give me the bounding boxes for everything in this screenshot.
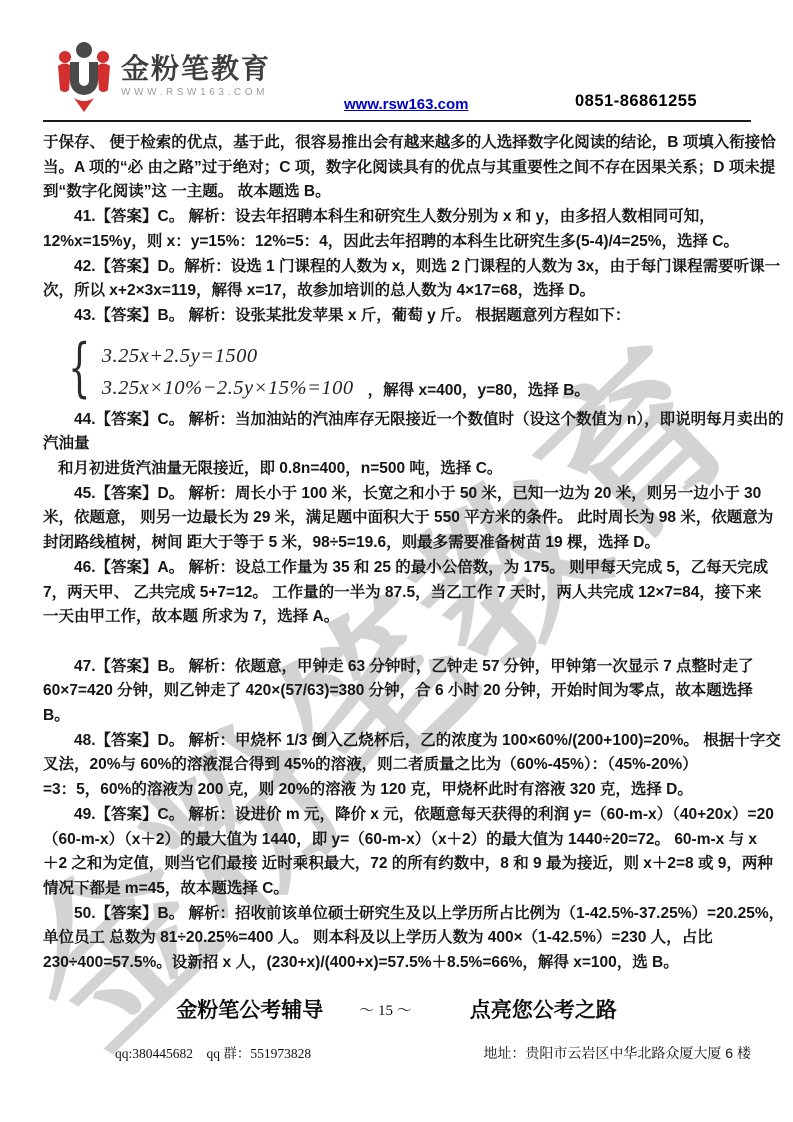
- body-line: 12%x=15%y，则 x：y=15%：12%=5：4，因此去年招聘的本科生比研…: [43, 230, 755, 255]
- body-line: 230÷400=57.5%。设新招 x 人，(230+x)/(400+x)=57…: [43, 951, 755, 976]
- body-line: 60×7=420 分钟，则乙钟走了 420×(57/63)=380 分钟，合 6…: [43, 679, 755, 704]
- body-line-answer-43: 43.【答案】B。 解析：设张某批发苹果 x 斤，葡萄 y 斤。 根据题意列方程…: [43, 304, 755, 329]
- body-line: 情况下都是 m=45，故本题选择 C。: [43, 877, 755, 902]
- people-u-logo-icon: [55, 40, 113, 114]
- body-line-answer-42: 42.【答案】D。解析：设选 1 门课程的人数为 x，则选 2 门课程的人数为 …: [43, 255, 755, 280]
- body-line: B。: [43, 704, 755, 729]
- body-line-answer-45: 45.【答案】D。 解析：周长小于 100 米，长宽之和小于 50 米，已知一边…: [43, 482, 755, 507]
- footer-brand: 金粉笔公考辅导: [176, 999, 323, 1022]
- equation-line-2: 3.25x×10%−2.5y×15%=100: [102, 372, 354, 404]
- header-divider: [43, 120, 751, 122]
- body-line: =3：5，60%的溶液为 200 克，则 20%的溶液 为 120 克，甲烧杯此…: [43, 778, 755, 803]
- body-line: 于保存、 便于检索的优点，基于此，很容易推出会有越来越多的人选择数字化阅读的结论…: [43, 131, 755, 156]
- body-line: 封闭路线植树，树间 距大于等于 5 米，98÷5=19.6，则最多需要准备树苗 …: [43, 531, 755, 556]
- body-line-answer-48: 48.【答案】D。 解析：甲烧杯 1/3 倒入乙烧杯后，乙的浓度为 100×60…: [43, 729, 755, 754]
- footer-slogan: 点亮您公考之路: [470, 999, 617, 1022]
- body-line: ＋2 之和为定值，则当它们最接 近时乘积最大，72 的所有约数中，8 和 9 最…: [43, 852, 755, 877]
- body-line: 一天由甲工作，故本题 所求为 7，选择 A。: [43, 605, 755, 630]
- body-line-answer-50: 50.【答案】B。 解析：招收前该单位硕士研究生及以上学历所占比例为（1-42.…: [43, 902, 755, 927]
- address: 地址：贵阳市云岩区中华北路众厦大厦 6 楼: [483, 1043, 751, 1063]
- contact-row: qq:380445682 qq 群：551973828 地址：贵阳市云岩区中华北…: [43, 1042, 751, 1063]
- page-number: ～ 15 ～: [359, 1003, 412, 1019]
- qq-contact: qq:380445682 qq 群：551973828: [115, 1042, 311, 1062]
- body-line-answer-46: 46.【答案】A。 解析：设总工作量为 35 和 25 的最小公倍数，为 175…: [43, 556, 755, 581]
- equation-lines: 3.25x+2.5y=1500 3.25x×10%−2.5y×15%=100: [102, 340, 354, 404]
- body-line: 到“数字化阅读”这 一主题。 故本题选 B。: [43, 180, 755, 205]
- phone-number: 0851-86861255: [575, 92, 697, 111]
- body-line: 单位员工 总数为 81÷20.25%=400 人。 则本科及以上学历人数为 40…: [43, 926, 755, 951]
- body-line-answer-47: 47.【答案】B。 解析：依题意，甲钟走 63 分钟时，乙钟走 57 分钟，甲钟…: [43, 655, 755, 680]
- body-line: （60-m-x）（x＋2）的最大值为 1440，即 y=（60-m-x）（x＋2…: [43, 828, 755, 853]
- equation-result: ，解得 x=400，y=80，选择 B。: [368, 378, 590, 404]
- body-line: 叉法，20%与 60%的溶液混合得到 45%的溶液，则二者质量之比为（60%-4…: [43, 753, 755, 778]
- equation-line-1: 3.25x+2.5y=1500: [102, 340, 354, 372]
- answer-key-body: 于保存、 便于检索的优点，基于此，很容易推出会有越来越多的人选择数字化阅读的结论…: [43, 131, 755, 976]
- body-line: 和月初进货汽油量无限接近，即 0.8n=400，n=500 吨，选择 C。: [43, 457, 755, 482]
- left-brace: {: [68, 332, 90, 404]
- body-line: 米，依题意， 则另一边最长为 29 米，满足题中面积大于 550 平方米的条件。…: [43, 506, 755, 531]
- brand-site-caption: WWW.RSW163.COM: [121, 87, 271, 98]
- body-line: 7，两天甲、 乙共完成 5+7=12。 工作量的一半为 87.5，当乙工作 7 …: [43, 581, 755, 606]
- brand-name: 金粉笔教育: [121, 54, 271, 84]
- footer-title: 金粉笔公考辅导～ 15 ～点亮您公考之路: [0, 994, 793, 1024]
- body-line: 汽油量: [43, 432, 755, 457]
- body-line-answer-41: 41.【答案】C。 解析：设去年招聘本科生和研究生人数分别为 x 和 y，由多招…: [43, 205, 755, 230]
- body-line-answer-49: 49.【答案】C。 解析：设进价 m 元，降价 x 元，依题意每天获得的利润 y…: [43, 803, 755, 828]
- page-header: 金粉笔教育 WWW.RSW163.COM: [55, 40, 271, 114]
- body-line: 当。A 项的“必 由之路”过于绝对；C 项，数字化阅读具有的优点与其重要性之间不…: [43, 156, 755, 181]
- document-page: 金粉笔教育 金粉笔教育 WWW.RSW163.COM www.rsw163.co…: [0, 0, 793, 1122]
- website-link[interactable]: www.rsw163.com: [344, 96, 469, 113]
- equation-system: { 3.25x+2.5y=1500 3.25x×10%−2.5y×15%=100…: [59, 332, 755, 404]
- brand-block: 金粉笔教育 WWW.RSW163.COM: [121, 40, 271, 98]
- body-line-answer-44: 44.【答案】C。 解析：当加油站的汽油库存无限接近一个数值时（设这个数值为 n…: [43, 408, 755, 433]
- body-line: 次，所以 x+2×3x=119，解得 x=17，故参加培训的总人数为 4×17=…: [43, 279, 755, 304]
